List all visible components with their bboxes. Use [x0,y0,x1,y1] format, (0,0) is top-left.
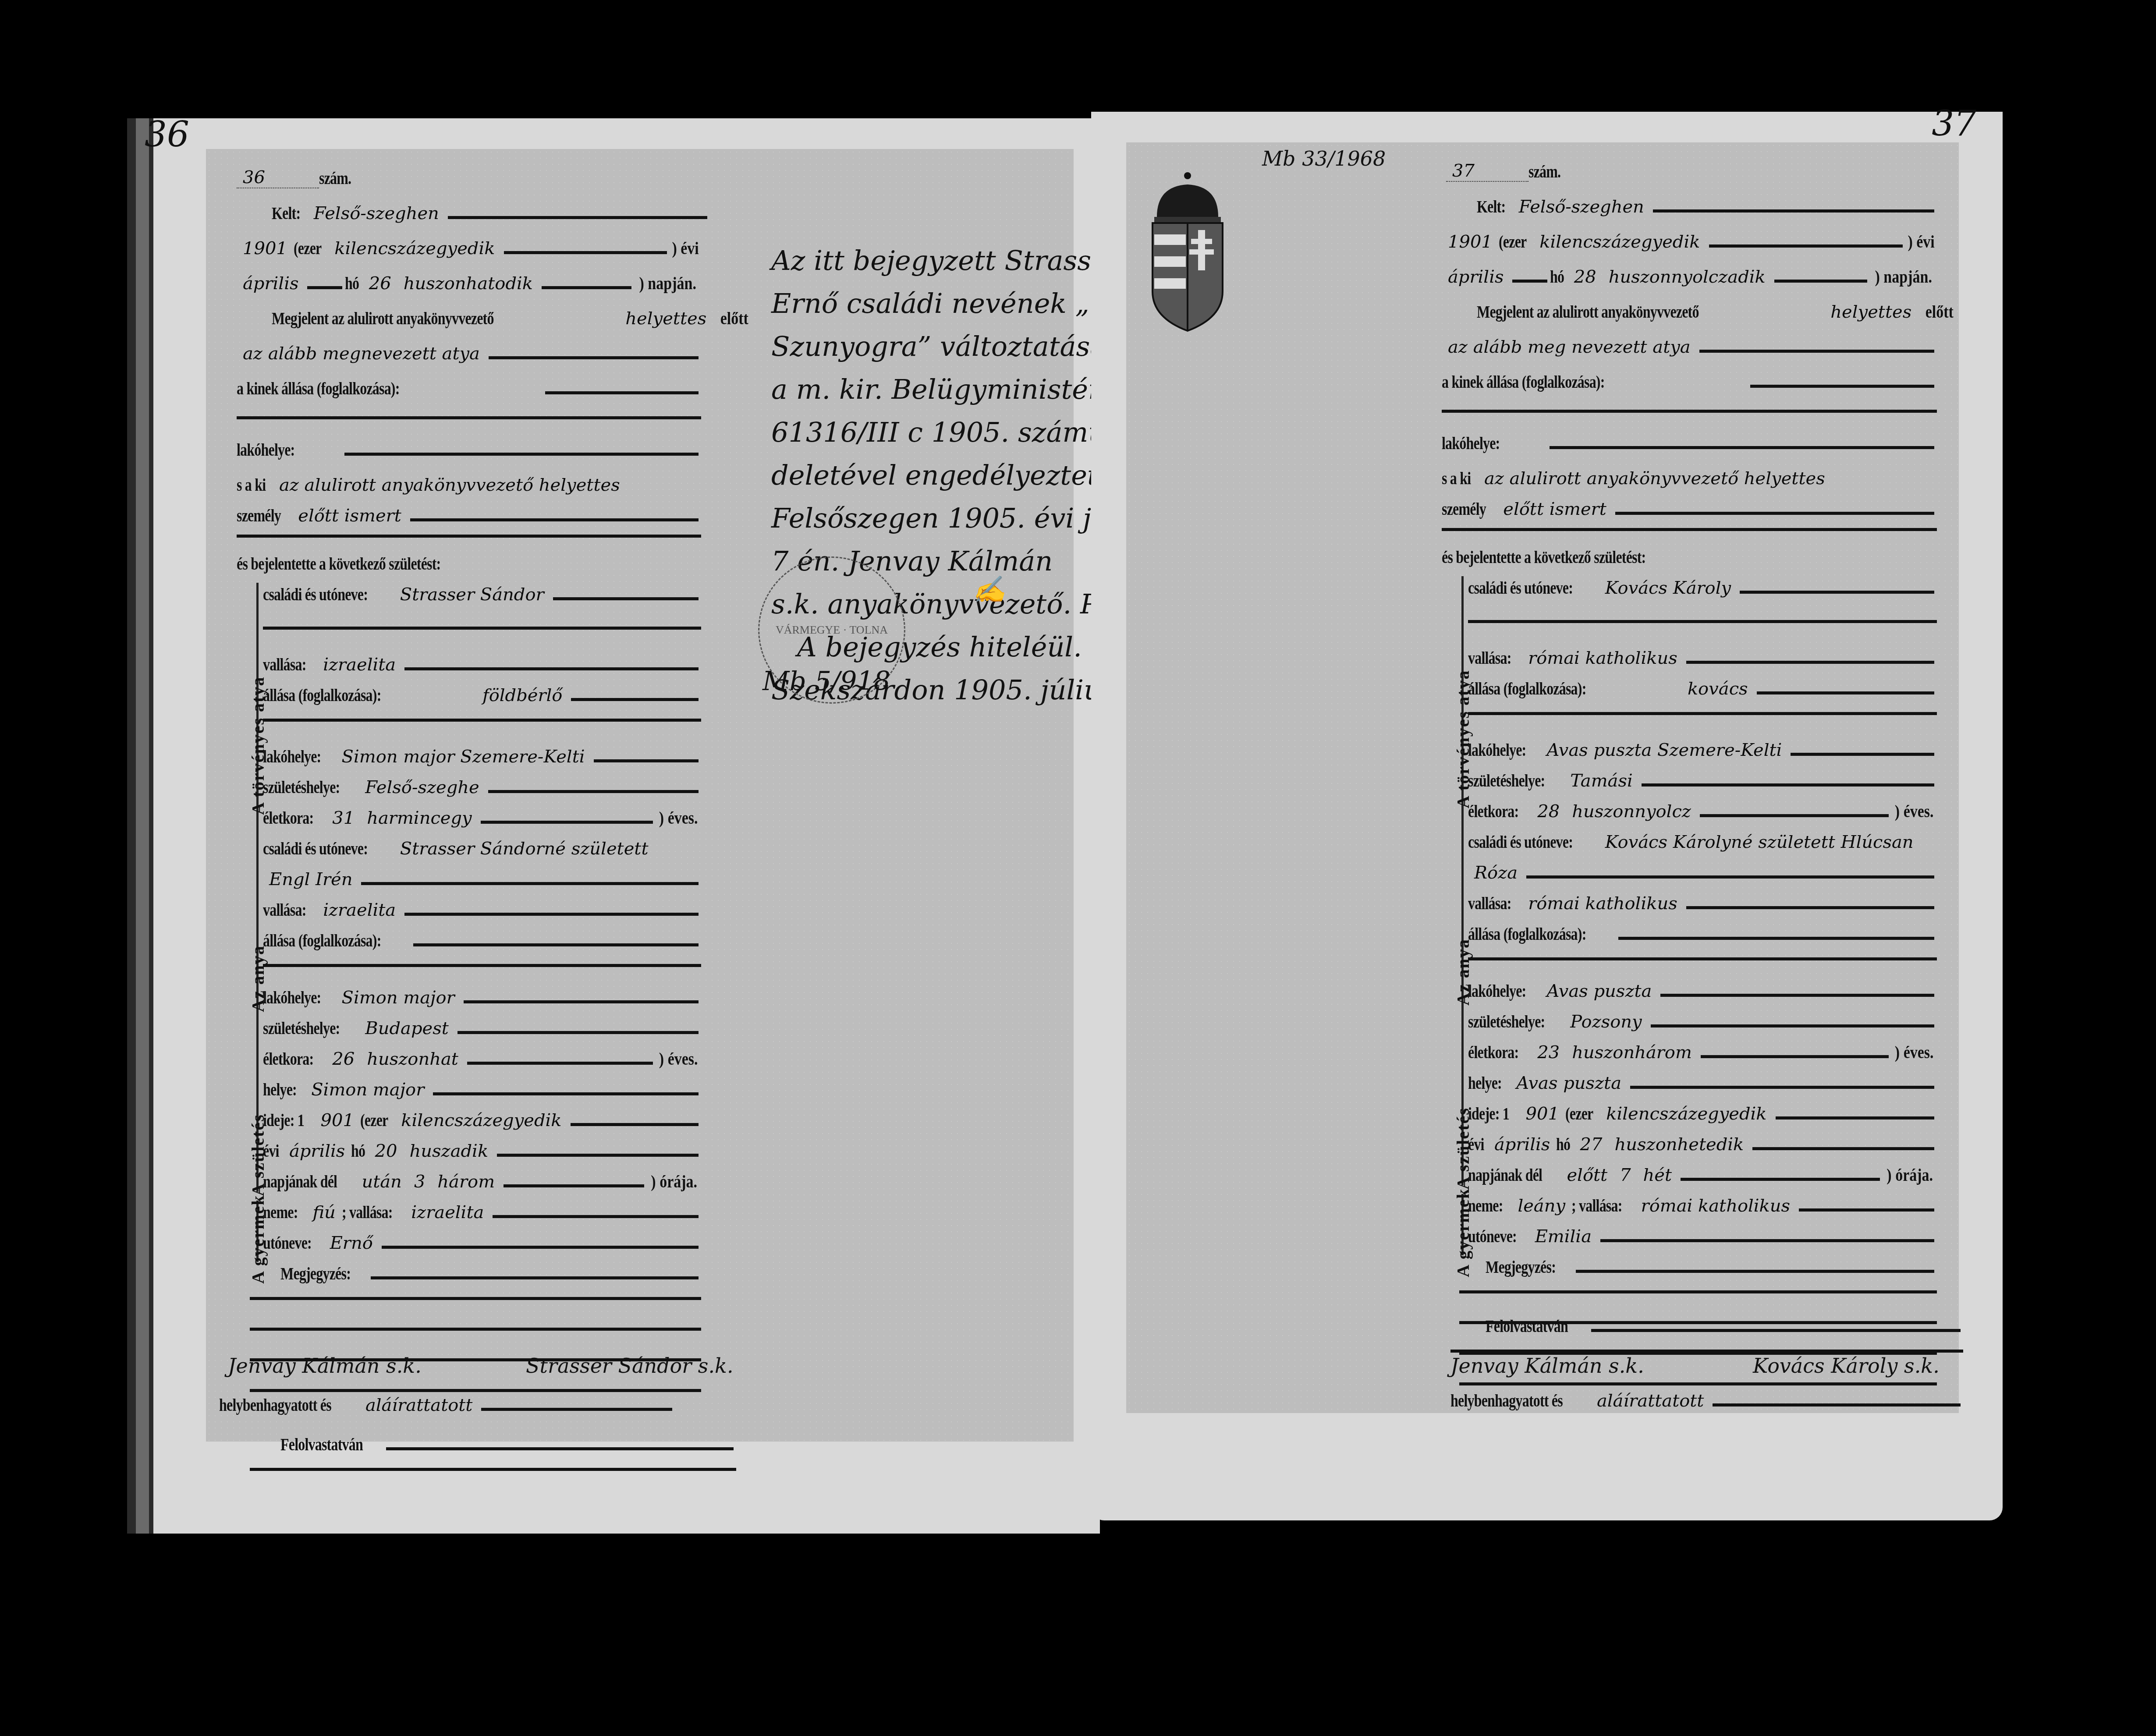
page-number-right: 37 [1932,103,1976,144]
month: április [237,273,305,294]
approved-label: helybenhagyatott és [219,1395,331,1415]
ho-label: hó [345,273,359,294]
mother-birthplace-label: születéshelye: [263,1018,340,1038]
ho-label: hó [1556,1134,1570,1155]
father-name: Kovács Károly [1599,578,1737,598]
father-birthplace: Felső-szeghe [359,777,485,797]
read-aloud-label: Felolvastatván [280,1434,363,1455]
evi-label: évi [263,1141,279,1161]
ezer-label: (ezer [1499,231,1526,252]
megjelent-label: Megjelent az alulirott anyakönyvvezető [1477,301,1699,322]
birth-day: 20 [369,1141,404,1161]
informant-signature: Strasser Sándor s.k. [526,1354,734,1378]
daypart-label: napjának dél [1468,1165,1542,1185]
mother-religion-label: vallása: [1468,893,1511,914]
mother-age: 23 [1531,1042,1566,1063]
birth-year-words: kilencszázegyedik [395,1110,567,1130]
megjelent-label: Megjelent az alulirott anyakönyvvezető [272,308,494,329]
child-sex: leány [1511,1196,1571,1216]
father-occupation-label: állása (foglalkozása): [263,685,381,705]
record-number: 36 [237,167,319,188]
father-name-label: családi és utóneve: [263,584,368,605]
mother-age-words: huszonhárom [1566,1042,1698,1063]
annotation-ref: Mb 5/918 [762,666,890,697]
registrar-title: helyettes [1824,302,1918,322]
page-number-left: 36 [145,114,189,155]
father-age-label: életkora: [1468,801,1518,822]
registrar-title: helyettes [619,308,713,329]
elott-label: előtt [720,308,748,329]
birth-hour-words: három [431,1172,501,1192]
birth-place: Avas puszta [1510,1073,1628,1093]
father-age: 31 [326,808,361,828]
year-words: kilencszázegyedik [1533,232,1706,252]
birth-record-37: Mb 33/1968 37 szám. Kelt: Felső-szeghen … [1126,142,1959,1413]
mother-residence: Simon major [336,988,461,1008]
father-age-words: huszonnyolcz [1566,801,1697,822]
child-given-name: Emilia [1529,1226,1598,1247]
eves-label: ) éves. [1894,1042,1933,1063]
child-sex-label: neme: [263,1202,298,1222]
birth-year-words: kilencszázegyedik [1600,1104,1773,1124]
napjan-label: ) napján. [639,273,696,294]
informant-signature: Kovács Károly s.k. [1753,1354,1940,1378]
father-birthplace: Tamási [1564,771,1639,791]
person: előtt ismert [292,506,408,526]
birth-day-words: huszonhetedik [1609,1134,1750,1155]
oraja-label: ) órája. [1886,1165,1933,1185]
eves-label: ) éves. [659,1049,698,1069]
father-age: 28 [1531,801,1566,822]
child-sex-label: neme: [1468,1195,1503,1216]
birth-month: április [283,1141,351,1161]
father-residence: Simon major Szemere-Kelti [336,747,591,767]
residence-label: lakóhelye: [237,439,294,460]
approved-value: aláírattatott [1591,1391,1710,1411]
birth-year: 901 [1520,1104,1565,1124]
remarks-label: Megjegyzés: [280,1263,351,1284]
remarks-label: Megjegyzés: [1486,1257,1556,1277]
napjan-label: ) napján. [1875,266,1932,287]
father-residence-label: lakóhelye: [1468,740,1526,760]
approved-value: aláírattatott [359,1395,479,1415]
mother-age: 26 [326,1049,361,1069]
ho-label: hó [1550,266,1564,287]
father-birthplace-label: születéshelye: [1468,770,1545,791]
mother-religion: izraelita [317,900,402,920]
child-religion-label: ; vallása: [1571,1195,1622,1216]
year: 1901 [237,238,294,259]
oraja-label: ) órája. [651,1171,697,1192]
birth-hour-words: hét [1637,1165,1678,1185]
father-residence: Avas puszta Szemere-Kelti [1541,740,1788,760]
child-name-label: utóneve: [263,1233,312,1253]
father-occupation: földbérlő [476,685,569,705]
mother-religion: római katholikus [1522,893,1684,914]
approved-label: helybenhagyatott és [1450,1390,1563,1411]
evi-label: évi [1468,1134,1484,1155]
ho-label: hó [351,1141,365,1161]
birth-daypart: előtt [1560,1165,1613,1185]
father-name: Strasser Sándor [394,585,550,605]
child-religion-label: ; vallása: [342,1202,393,1222]
known-as: az alulirott anyakönyvvezető helyettes [273,475,626,495]
reported-label: és bejelentette a következő születést: [1442,547,1645,567]
kelt-place: Felső-szeghen [308,203,445,223]
father-birthplace-label: születéshelye: [263,777,340,797]
month: április [1442,267,1510,287]
mother-name-label: családi és utóneve: [263,838,368,859]
mother-residence-label: lakóhelye: [1468,981,1526,1001]
residence-label: lakóhelye: [1442,433,1500,453]
known-as: az alulirott anyakönyvvezető helyettes [1478,468,1831,489]
mother-name-line1: Strasser Sándorné született [394,839,655,859]
birth-month: április [1488,1134,1556,1155]
father-religion-label: vallása: [1468,648,1511,668]
registrar-signature: Jenvay Kálmán s.k. [228,1354,422,1378]
szam-label: szám. [1528,161,1560,182]
mother-age-words: huszonhat [361,1049,465,1069]
father-religion: római katholikus [1522,648,1684,668]
birth-date-label: ideje: 1 [1468,1103,1509,1124]
child-religion: római katholikus [1635,1196,1797,1216]
child-name-label: utóneve: [1468,1226,1517,1247]
father-age-words: harmincegy [361,808,478,828]
day: 28 [1568,267,1603,287]
read-aloud-label: Felolvastatván [1486,1316,1568,1336]
appeared: az alább meg nevezett atya [1442,337,1697,357]
child-religion: izraelita [405,1202,490,1222]
hungarian-coat-of-arms-icon [1144,169,1231,335]
person-label: személy [237,505,281,526]
birth-hour: 3 [408,1172,431,1192]
kelt-label: Kelt: [272,203,300,223]
ezer-label: (ezer [1565,1103,1593,1124]
mother-occupation-label: állása (foglalkozása): [263,930,381,951]
mother-birthplace: Budapest [359,1018,455,1038]
birth-date-label: ideje: 1 [263,1110,304,1130]
appeared: az alább megnevezett atya [237,344,486,364]
mother-name-label: családi és utóneve: [1468,832,1573,852]
mother-religion-label: vallása: [263,900,306,920]
registrar-signature: Jenvay Kálmán s.k. [1450,1354,1644,1378]
child-given-name: Ernő [324,1233,379,1253]
birth-place-label: helye: [263,1079,297,1100]
mother-name-line2: Róza [1468,863,1524,883]
birth-place: Simon major [305,1080,430,1100]
evi-label: ) évi [1908,231,1934,252]
left-page: 36 36 szám. Kelt: Felső-szeghen 1901 (ez… [149,118,1100,1534]
ezer-label: (ezer [294,238,321,259]
mother-occupation-label: állása (foglalkozása): [1468,924,1586,944]
daypart-label: napjának dél [263,1171,337,1192]
father-religion-label: vallása: [263,654,306,675]
father-name-label: családi és utóneve: [1468,577,1573,598]
mother-birthplace: Pozsony [1564,1012,1648,1032]
kelt-label: Kelt: [1477,196,1505,217]
known-label: s a ki [1442,468,1471,489]
mother-name-line1: Kovács Károlyné született Hlúcsan [1599,832,1920,852]
known-label: s a ki [237,475,266,495]
father-residence-label: lakóhelye: [263,746,321,767]
reported-label: és bejelentette a következő születést: [237,553,440,574]
elott-label: előtt [1926,301,1954,322]
occupation-label: a kinek állása (foglalkozása): [237,378,400,399]
birth-day: 27 [1574,1134,1609,1155]
szam-label: szám. [319,168,351,188]
child-sex: fiú [306,1202,341,1222]
annotation-signature: ✍ [973,574,1006,605]
birth-place-label: helye: [1468,1073,1502,1093]
mother-name-line2: Engl Irén [263,869,358,889]
ezer-label: (ezer [360,1110,388,1130]
father-occupation: kovács [1681,679,1754,699]
birth-day-words: huszadik [404,1141,495,1161]
person: előtt ismert [1497,499,1613,519]
birth-daypart: után [355,1172,408,1192]
archive-ref: Mb 33/1968 [1262,147,1386,170]
day-words: huszonhatodik [397,273,539,294]
occupation-label: a kinek állása (foglalkozása): [1442,372,1605,392]
year-words: kilencszázegyedik [328,238,501,259]
record-number: 37 [1446,161,1528,182]
day-words: huszonnyolczadik [1603,267,1772,287]
father-religion: izraelita [317,655,402,675]
mother-birthplace-label: születéshelye: [1468,1011,1545,1032]
day: 26 [363,273,397,294]
year: 1901 [1442,232,1499,252]
eves-label: ) éves. [659,808,698,828]
birth-hour: 7 [1613,1165,1637,1185]
mother-residence: Avas puszta [1541,981,1658,1001]
birth-year: 901 [315,1110,360,1130]
mother-age-label: életkora: [1468,1042,1518,1063]
mother-age-label: életkora: [263,1049,313,1069]
evi-label: ) évi [672,238,699,259]
eves-label: ) éves. [1894,801,1933,822]
person-label: személy [1442,499,1486,519]
father-occupation-label: állása (foglalkozása): [1468,678,1586,699]
mother-residence-label: lakóhelye: [263,987,321,1008]
kelt-place: Felső-szeghen [1513,197,1650,217]
father-age-label: életkora: [263,808,313,828]
